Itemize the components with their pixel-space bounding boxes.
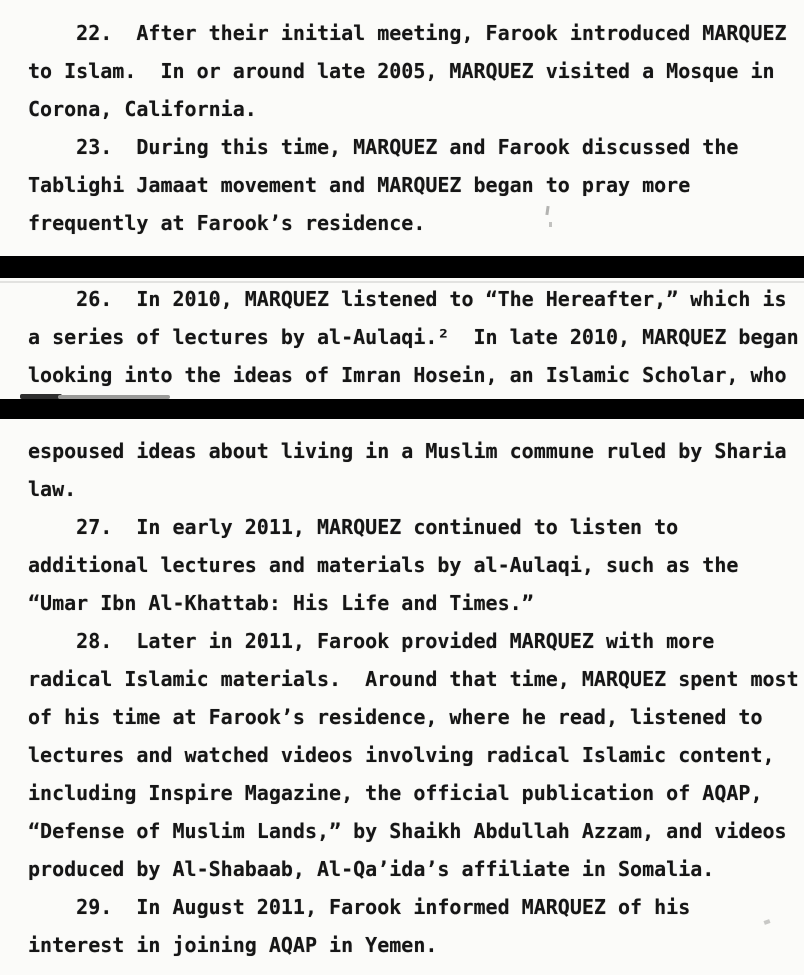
document-line: of his time at Farook’s residence, where… [28,698,804,736]
document-line: 27. In early 2011, MARQUEZ continued to … [28,508,804,546]
document-line: “Defense of Muslim Lands,” by Shaikh Abd… [28,812,804,850]
redaction-bar-2 [0,399,804,419]
scan-smudge-artifact-light [58,395,170,399]
redaction-bar-1 [0,256,804,278]
document-line: produced by Al-Shabaab, Al-Qa’ida’s affi… [28,850,804,888]
document-line: 22. After their initial meeting, Farook … [28,14,804,52]
document-line: including Inspire Magazine, the official… [28,774,804,812]
document-line: frequently at Farook’s residence. [28,204,804,242]
document-line: 26. In 2010, MARQUEZ listened to “The He… [28,280,804,318]
document-line: law. [28,470,804,508]
document-line: looking into the ideas of Imran Hosein, … [28,356,804,394]
document-line: interest in joining AQAP in Yemen. [28,926,804,964]
scan-smudge-artifact-dark [20,394,62,399]
document-line: Tablighi Jamaat movement and MARQUEZ beg… [28,166,804,204]
document-line: a series of lectures by al-Aulaqi.² In l… [28,318,804,356]
document-line: to Islam. In or around late 2005, MARQUE… [28,52,804,90]
document-line: espoused ideas about living in a Muslim … [28,432,804,470]
document-line: lectures and watched videos involving ra… [28,736,804,774]
document-line: 23. During this time, MARQUEZ and Farook… [28,128,804,166]
scan-band-artifact [0,281,804,283]
redaction-slot [28,242,804,280]
document-line: radical Islamic materials. Around that t… [28,660,804,698]
document-line: “Umar Ibn Al-Khattab: His Life and Times… [28,584,804,622]
document-line: 29. In August 2011, Farook informed MARQ… [28,888,804,926]
document-line: 28. Later in 2011, Farook provided MARQU… [28,622,804,660]
scan-speck-artifact [549,222,552,227]
document-text-body: 22. After their initial meeting, Farook … [28,14,804,964]
document-line: additional lectures and materials by al-… [28,546,804,584]
redaction-slot [28,394,804,432]
scanned-document-page: 22. After their initial meeting, Farook … [0,0,804,975]
document-line: Corona, California. [28,90,804,128]
